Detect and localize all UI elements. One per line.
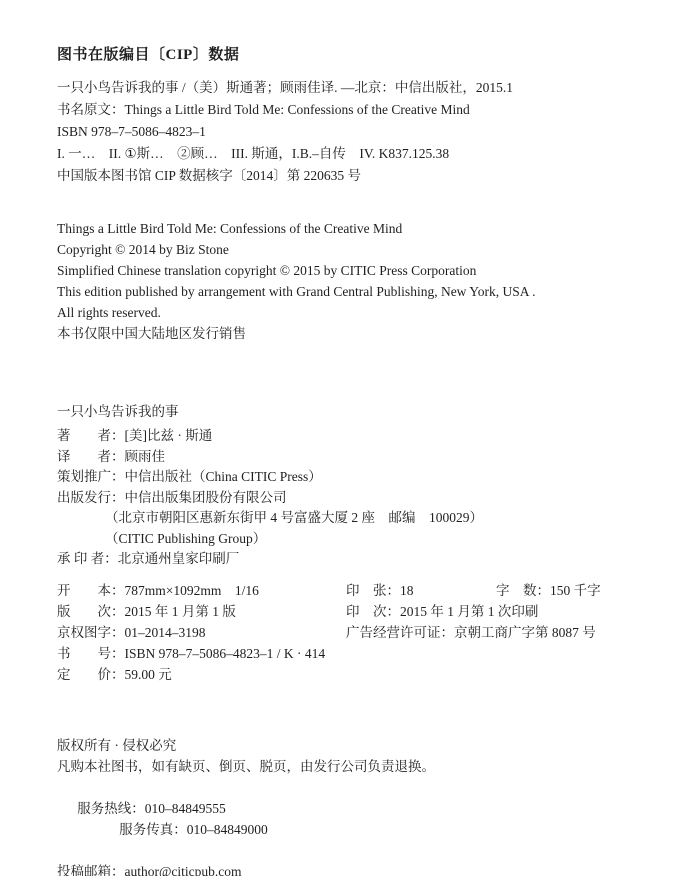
license-number-spec: 京权图字：01–2014–3198 bbox=[57, 622, 346, 643]
author-line: 著 者：[美]比兹 · 斯通 bbox=[57, 426, 483, 447]
publisher-address-line: （北京市朝阳区惠新东街甲 4 号富盛大厦 2 座 邮编 100029） bbox=[57, 508, 483, 529]
planning-promotion-line: 策划推广：中信出版社（China CITIC Press） bbox=[57, 467, 483, 488]
word-count-spec: 字 数：150 千字 bbox=[496, 580, 601, 601]
copyright-line: Copyright © 2014 by Biz Stone bbox=[57, 239, 535, 260]
print-spec-row: 版 次：2015 年 1 月第 1 版 印 次：2015 年 1 月第 1 次印… bbox=[57, 601, 677, 622]
cip-registry-line: 中国版本图书馆 CIP 数据核字〔2014〕第 220635 号 bbox=[57, 165, 513, 187]
format-spec: 开 本：787mm×1092mm 1/16 bbox=[57, 580, 346, 601]
sheet-count-spec: 印 张：18 bbox=[346, 580, 496, 601]
distribution-restriction-line: 本书仅限中国大陆地区发行销售 bbox=[57, 323, 535, 344]
ad-license-spec: 广告经营许可证：京朝工商广字第 8087 号 bbox=[346, 622, 596, 643]
copyright-page: 图书在版编目〔CIP〕数据 一只小鸟告诉我的事 /（美）斯通著；顾雨佳译. —北… bbox=[0, 0, 700, 876]
service-fax: 服务传真：010–84849000 bbox=[119, 822, 268, 837]
edition-date-spec: 版 次：2015 年 1 月第 1 版 bbox=[57, 601, 346, 622]
legal-notice: 版权所有 · 侵权必究 凡购本社图书，如有缺页、倒页、脱页，由发行公司负责退换。… bbox=[57, 735, 435, 876]
service-contact-line: 服务热线：010–84849555 服务传真：010–84849000 bbox=[57, 777, 435, 861]
service-hotline: 服务热线：010–84849555 bbox=[77, 801, 226, 816]
cip-record-line: 一只小鸟告诉我的事 /（美）斯通著；顾雨佳译. —北京：中信出版社，2015.1 bbox=[57, 77, 513, 99]
arrangement-line: This edition published by arrangement wi… bbox=[57, 281, 535, 302]
publisher-english-name-line: （CITIC Publishing Group） bbox=[57, 529, 483, 550]
rights-reserved-line: All rights reserved. bbox=[57, 302, 535, 323]
price-spec: 定 价：59.00 元 bbox=[57, 664, 346, 685]
book-title: 一只小鸟告诉我的事 bbox=[57, 401, 179, 423]
print-spec-row: 京权图字：01–2014–3198 广告经营许可证：京朝工商广字第 8087 号 bbox=[57, 622, 677, 643]
isbn-spec: 书 号：ISBN 978–7–5086–4823–1 / K · 414 bbox=[57, 643, 346, 664]
printer-line: 承 印 者：北京通州皇家印刷厂 bbox=[57, 549, 483, 570]
copyright-warning-line: 版权所有 · 侵权必究 bbox=[57, 735, 435, 756]
print-spec-row: 开 本：787mm×1092mm 1/16 印 张：18 字 数：150 千字 bbox=[57, 580, 677, 601]
print-spec-row: 书 号：ISBN 978–7–5086–4823–1 / K · 414 bbox=[57, 643, 677, 664]
cip-heading: 图书在版编目〔CIP〕数据 bbox=[57, 43, 239, 64]
edition-info: 著 者：[美]比兹 · 斯通 译 者：顾雨佳 策划推广：中信出版社（China … bbox=[57, 426, 483, 570]
cip-record: 一只小鸟告诉我的事 /（美）斯通著；顾雨佳译. —北京：中信出版社，2015.1… bbox=[57, 77, 513, 187]
translator-line: 译 者：顾雨佳 bbox=[57, 447, 483, 468]
original-title-line: Things a Little Bird Told Me: Confession… bbox=[57, 218, 535, 239]
printing-date-spec: 印 次：2015 年 1 月第 1 次印刷 bbox=[346, 601, 538, 622]
cip-classification-line: I. 一… II. ①斯… ②顾… III. 斯通，I.B.–自传 IV. K8… bbox=[57, 143, 513, 165]
cip-isbn-line: ISBN 978–7–5086–4823–1 bbox=[57, 121, 513, 143]
print-spec-row: 定 价：59.00 元 bbox=[57, 664, 677, 685]
cip-record-line: 书名原文：Things a Little Bird Told Me: Confe… bbox=[57, 99, 513, 121]
translation-copyright-line: Simplified Chinese translation copyright… bbox=[57, 260, 535, 281]
publisher-line: 出版发行：中信出版集团股份有限公司 bbox=[57, 488, 483, 509]
print-spec: 开 本：787mm×1092mm 1/16 印 张：18 字 数：150 千字 … bbox=[57, 580, 677, 685]
submission-email-line: 投稿邮箱：author@citicpub.com bbox=[57, 861, 435, 876]
return-policy-line: 凡购本社图书，如有缺页、倒页、脱页，由发行公司负责退换。 bbox=[57, 756, 435, 777]
copyright-statement: Things a Little Bird Told Me: Confession… bbox=[57, 218, 535, 344]
